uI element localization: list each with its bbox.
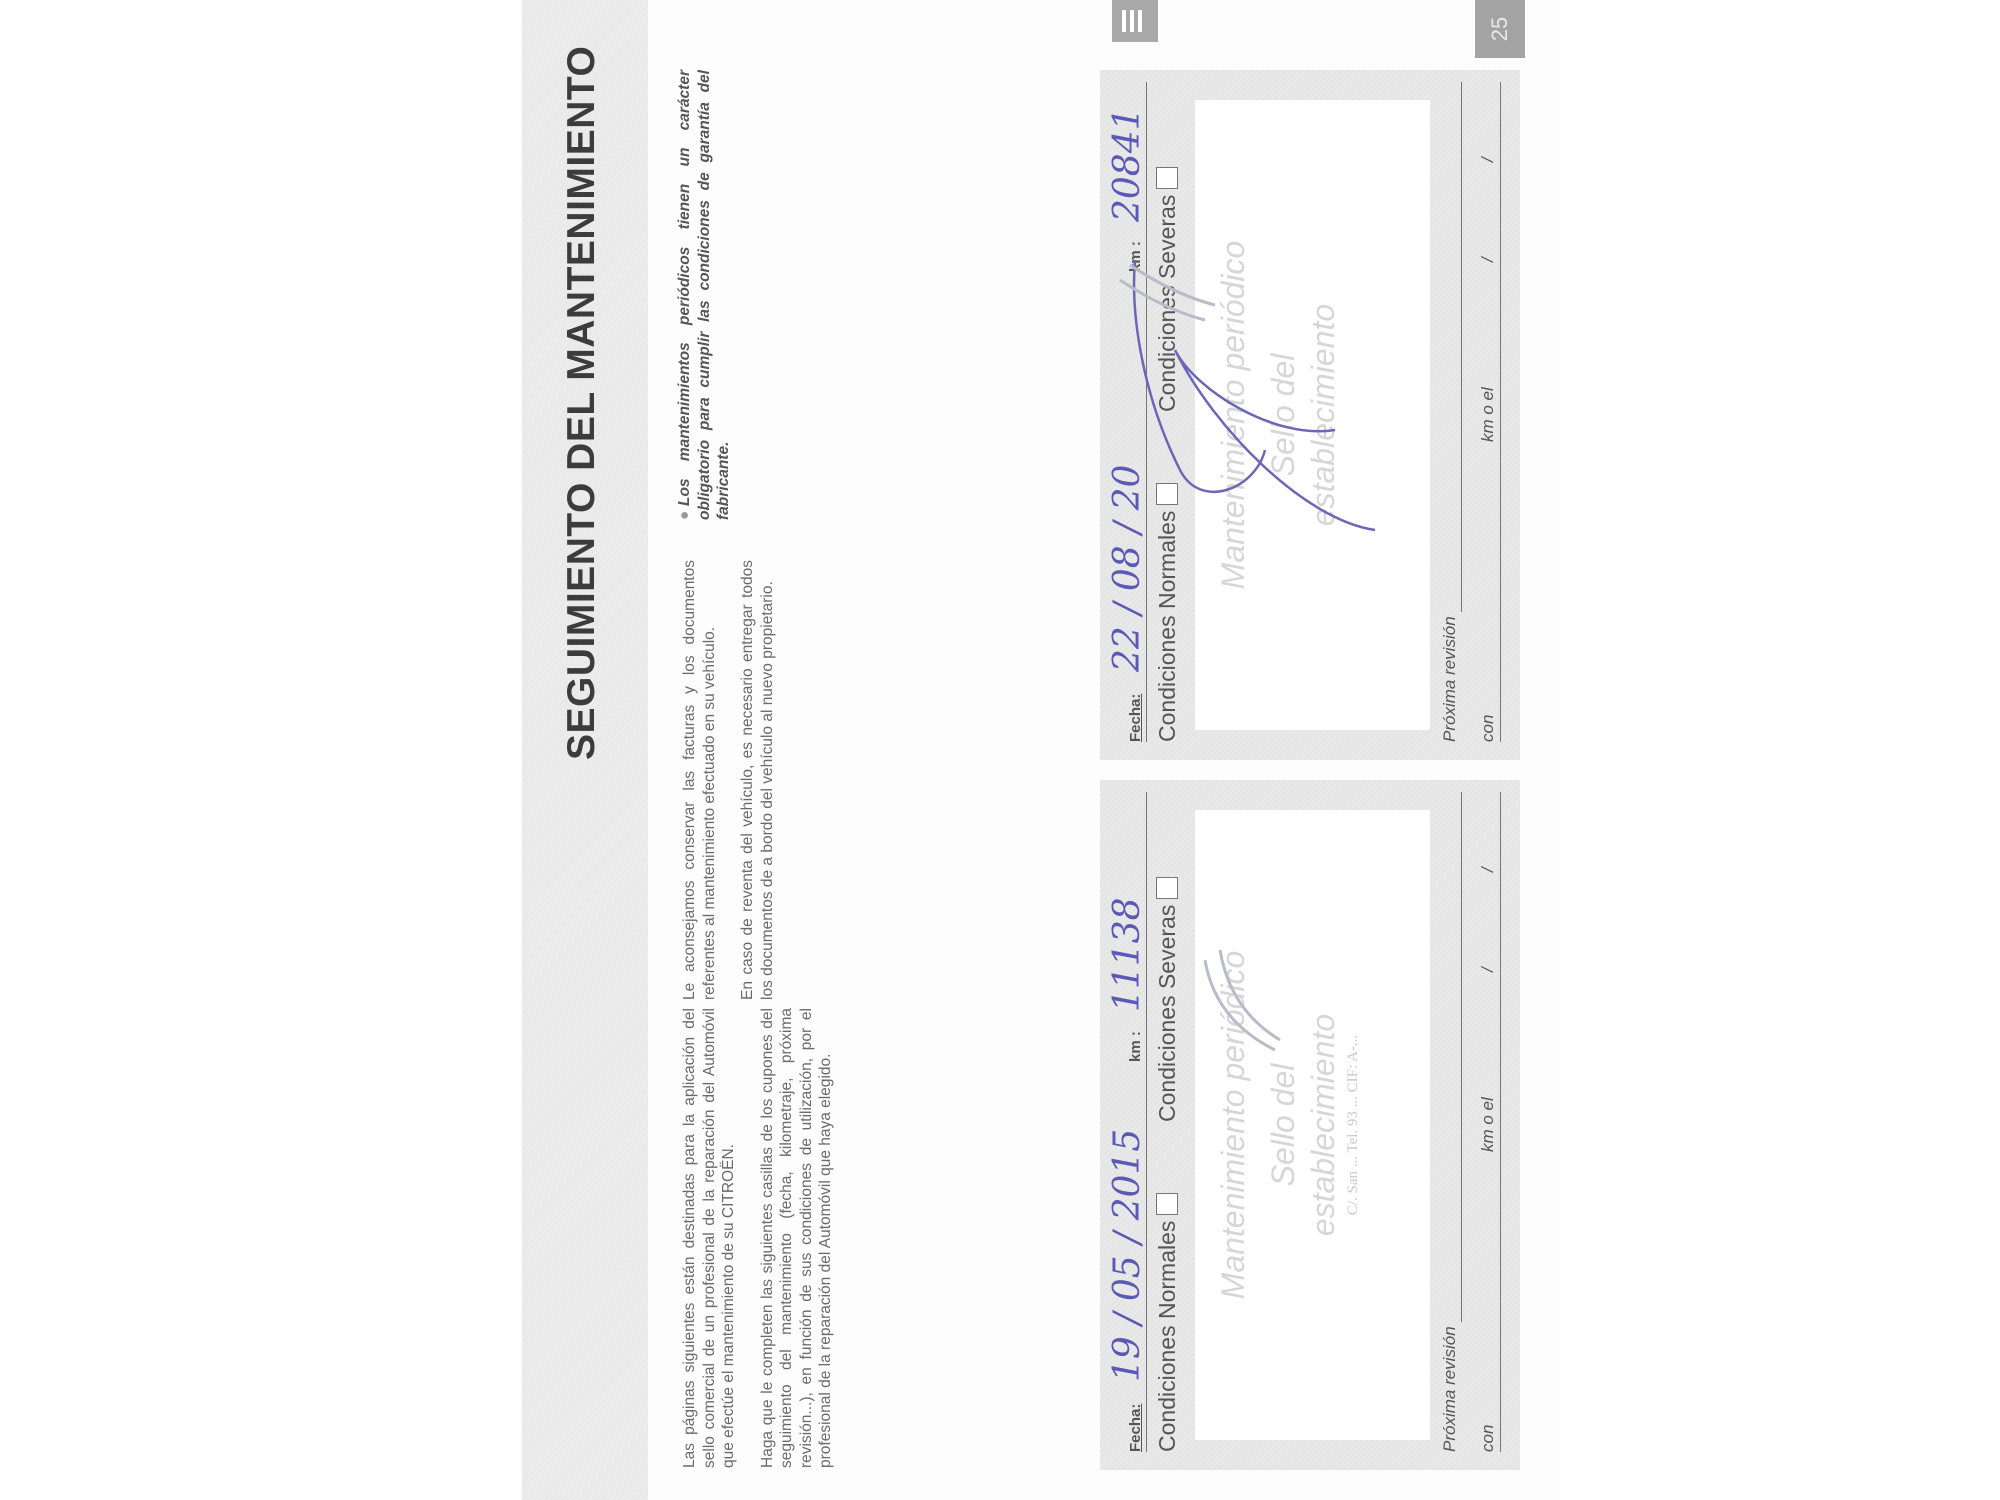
intro-paragraph: Le aconsejamos conservar las facturas y … bbox=[680, 560, 719, 1000]
conditions-row: Condiciones Normales Condiciones Severas bbox=[1148, 792, 1188, 1452]
maintenance-coupon-2: Fecha: 22 / 08 / 20 km : 20841 Condicion… bbox=[1100, 70, 1520, 760]
intro-paragraph: Haga que le completen las siguientes cas… bbox=[758, 1008, 836, 1468]
normal-conditions-checkbox[interactable] bbox=[1156, 483, 1178, 505]
next-service-km-date-row[interactable]: con km o el / / bbox=[1470, 82, 1501, 742]
next-service-km-date-row[interactable]: con km o el / / bbox=[1470, 792, 1501, 1452]
page-number: 25 bbox=[1475, 0, 1525, 58]
date-label: Fecha: bbox=[1127, 694, 1144, 742]
menu-tab[interactable] bbox=[1112, 0, 1158, 42]
date-separator: / bbox=[1478, 867, 1498, 872]
next-service-row: Próxima revisión bbox=[1440, 792, 1466, 1452]
date-km-row: Fecha: 19 / 05 / 2015 km : 11138 bbox=[1108, 792, 1147, 1452]
date-label: Fecha: bbox=[1127, 1404, 1144, 1452]
date-separator: / bbox=[1478, 257, 1498, 262]
severe-conditions: Condiciones Severas bbox=[1154, 877, 1181, 1122]
intro-column-2: Le aconsejamos conservar las facturas y … bbox=[680, 560, 796, 1000]
km-label: km : bbox=[1127, 1031, 1144, 1062]
stamp-area: Mantenimiento periódico Sello del establ… bbox=[1195, 810, 1430, 1440]
stamp-title: Mantenimiento periódico bbox=[1215, 100, 1252, 730]
stamp-title: Mantenimiento periódico bbox=[1215, 810, 1252, 1440]
con-label: con bbox=[1478, 715, 1498, 742]
intro-column-1: Las páginas siguientes están destinadas … bbox=[680, 1008, 855, 1468]
km-field[interactable]: 11138 bbox=[1107, 897, 1148, 1012]
normal-conditions: Condiciones Normales bbox=[1154, 483, 1181, 742]
bullet-icon: ● bbox=[675, 506, 695, 520]
normal-conditions-label: Condiciones Normales bbox=[1154, 1221, 1180, 1452]
severe-conditions: Condiciones Severas bbox=[1154, 167, 1181, 412]
next-service-label: Próxima revisión bbox=[1440, 616, 1459, 742]
next-service-label: Próxima revisión bbox=[1440, 1326, 1459, 1452]
stamp-area: Mantenimiento periódico Sello del establ… bbox=[1195, 100, 1430, 730]
date-separator: / bbox=[1478, 157, 1498, 162]
menu-icon bbox=[1122, 10, 1146, 32]
date-field[interactable]: 22 / 08 / 20 bbox=[1107, 465, 1148, 672]
severe-conditions-checkbox[interactable] bbox=[1156, 877, 1178, 899]
intro-paragraph: Las páginas siguientes están destinadas … bbox=[680, 1008, 739, 1468]
stamp-line: Sello del bbox=[1265, 100, 1302, 730]
date-field[interactable]: 19 / 05 / 2015 bbox=[1107, 1129, 1148, 1382]
severe-conditions-checkbox[interactable] bbox=[1156, 167, 1178, 189]
date-separator: / bbox=[1478, 967, 1498, 972]
conditions-row: Condiciones Normales Condiciones Severas bbox=[1148, 82, 1188, 742]
severe-conditions-label: Condiciones Severas bbox=[1154, 905, 1180, 1122]
stamp-line: establecimiento bbox=[1305, 100, 1342, 730]
warranty-note-text: Los mantenimientos periódicos tienen un … bbox=[676, 70, 732, 520]
manual-page: SEGUIMIENTO DEL MANTENIMIENTO Las página… bbox=[520, 0, 1560, 1500]
page-title: SEGUIMIENTO DEL MANTENIMIENTO bbox=[560, 60, 610, 760]
warranty-note: ●Los mantenimientos periódicos tienen un… bbox=[675, 70, 734, 520]
normal-conditions-label: Condiciones Normales bbox=[1154, 511, 1180, 742]
stamp-line: establecimiento bbox=[1305, 810, 1342, 1440]
stamp-line: Sello del bbox=[1265, 810, 1302, 1440]
intro-paragraph: En caso de reventa del vehículo, es nece… bbox=[738, 560, 777, 1000]
km-label: km : bbox=[1127, 241, 1144, 272]
normal-conditions-checkbox[interactable] bbox=[1156, 1193, 1178, 1215]
dealer-stamp-address: C/. San ... Tel. 93 ... CIF: A-... bbox=[1345, 890, 1362, 1360]
km-or-date-label: km o el bbox=[1478, 1097, 1498, 1152]
normal-conditions: Condiciones Normales bbox=[1154, 1193, 1181, 1452]
next-service-field[interactable] bbox=[1461, 792, 1462, 1322]
severe-conditions-label: Condiciones Severas bbox=[1154, 195, 1180, 412]
next-service-row: Próxima revisión bbox=[1440, 82, 1466, 742]
next-service-field[interactable] bbox=[1461, 82, 1462, 612]
km-field[interactable]: 20841 bbox=[1107, 107, 1148, 222]
date-km-row: Fecha: 22 / 08 / 20 km : 20841 bbox=[1108, 82, 1147, 742]
maintenance-coupon-1: Fecha: 19 / 05 / 2015 km : 11138 Condici… bbox=[1100, 780, 1520, 1470]
km-or-date-label: km o el bbox=[1478, 387, 1498, 442]
con-label: con bbox=[1478, 1425, 1498, 1452]
